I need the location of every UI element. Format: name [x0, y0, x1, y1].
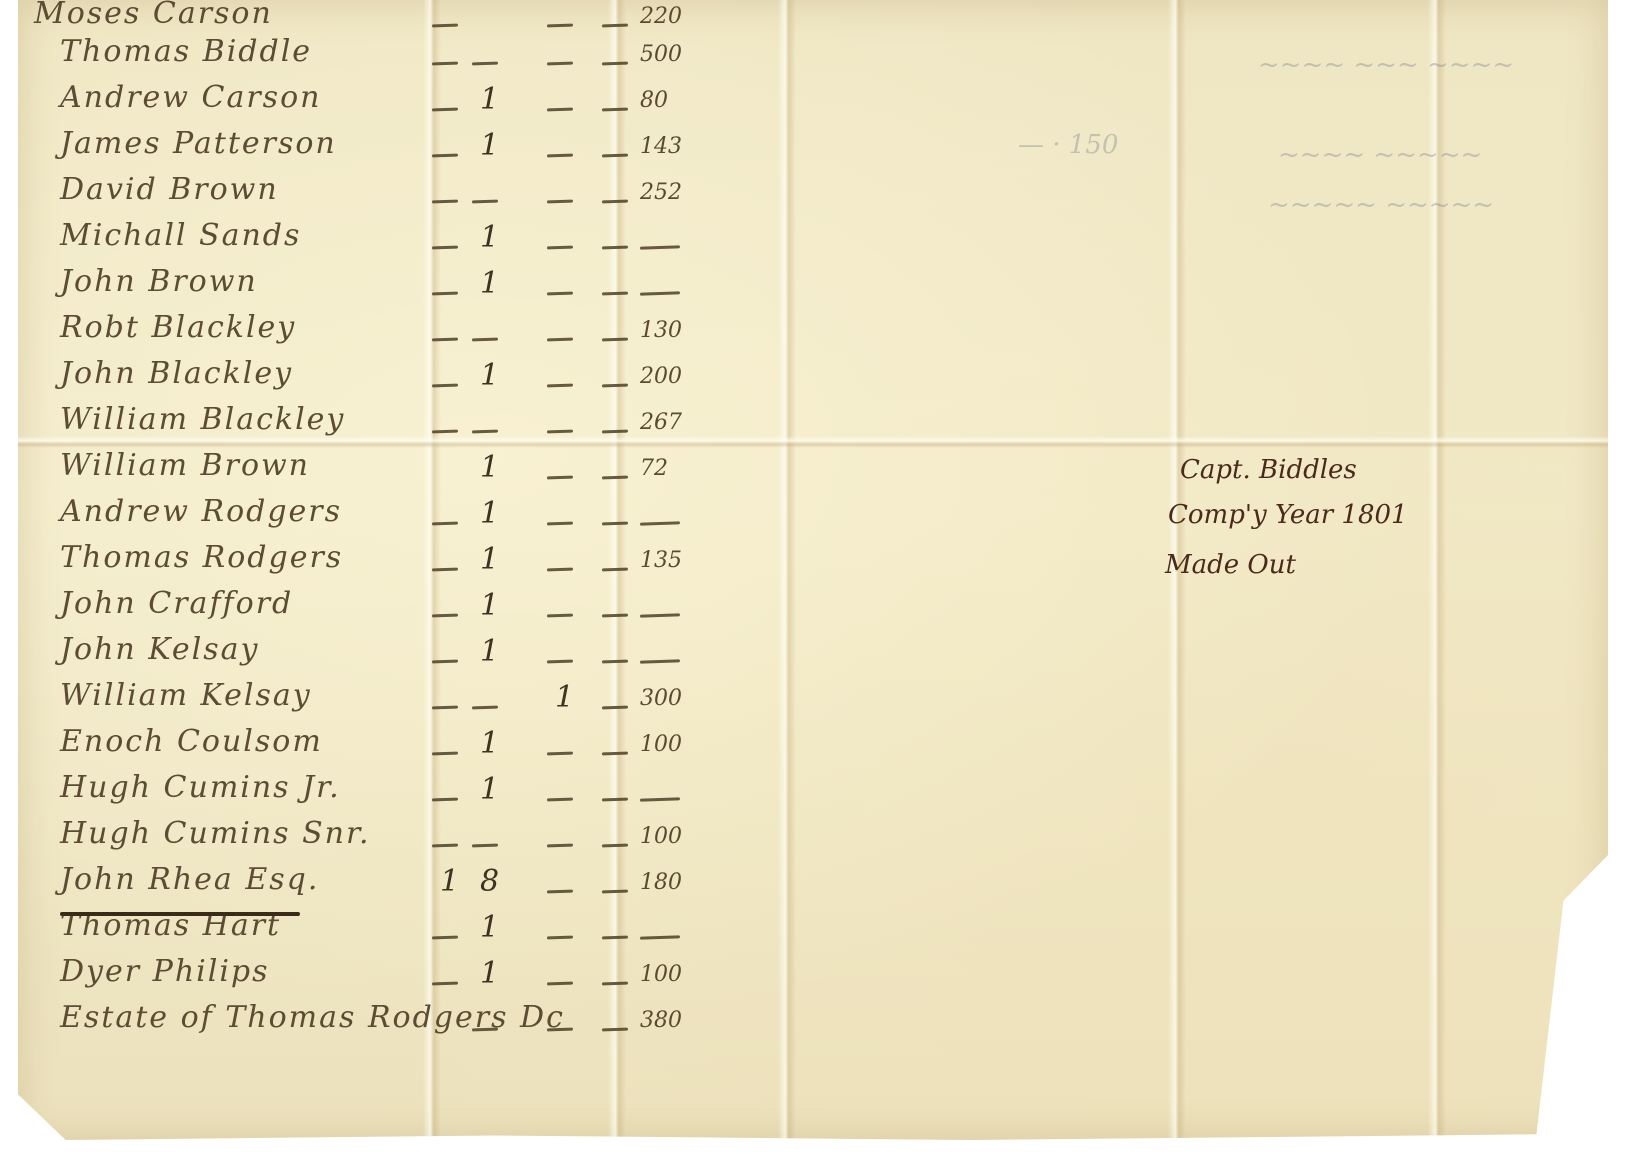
bleed-through-text: ~~~~ ~~~ ~~~~	[1258, 50, 1514, 80]
entry-value: 143	[640, 134, 682, 159]
entry-name: David Brown	[60, 172, 279, 207]
entry-count: 1	[480, 496, 499, 531]
entry-name: James Patterson	[60, 126, 337, 161]
entry-name: William Kelsay	[60, 678, 312, 713]
entry-count: 1	[440, 864, 459, 899]
entry-count: 1	[480, 128, 499, 163]
entry-name: William Blackley	[60, 402, 345, 437]
entry-value: 200	[640, 364, 682, 389]
entry-count: 1	[480, 542, 499, 577]
entry-count: 1	[480, 956, 499, 991]
entry-value: 135	[640, 548, 682, 573]
entry-value: 500	[640, 42, 682, 67]
entry-name: John Crafford	[60, 586, 293, 621]
entry-name: Robt Blackley	[60, 310, 296, 345]
entry-count: 1	[480, 588, 499, 623]
entry-name: Hugh Cumins Jr.	[60, 770, 341, 805]
entry-count: 1	[480, 82, 499, 117]
bleed-through-text: ~~~~ ~~~~~	[1278, 140, 1482, 170]
entry-name: Andrew Carson	[60, 80, 321, 115]
entry-value: 72	[640, 456, 668, 481]
entry-name: Hugh Cumins Snr.	[60, 816, 371, 851]
entry-count: 1	[480, 358, 499, 393]
entry-value: 130	[640, 318, 682, 343]
entry-value: 300	[640, 686, 682, 711]
endorsement-line-2: Comp'y Year 1801	[1168, 500, 1408, 530]
entry-count: 1	[480, 266, 499, 301]
entry-count: 1	[555, 680, 574, 715]
entry-value: 100	[640, 824, 682, 849]
entry-name: Thomas Biddle	[60, 34, 312, 69]
entry-count: 1	[480, 634, 499, 669]
entry-count: 8	[480, 864, 499, 899]
entry-value: 180	[640, 870, 682, 895]
entry-count: 1	[480, 450, 499, 485]
endorsement-line-3: Made Out	[1165, 550, 1296, 580]
entry-value: 80	[640, 88, 668, 113]
endorsement-line-1: Capt. Biddles	[1180, 455, 1357, 485]
entry-name: Thomas Rodgers	[60, 540, 343, 575]
entry-value: 267	[640, 410, 682, 435]
entry-name: John Blackley	[60, 356, 293, 391]
entry-name: Andrew Rodgers	[60, 494, 342, 529]
entry-value: 220	[640, 4, 682, 29]
entry-count: 1	[480, 772, 499, 807]
entry-name: Dyer Philips	[60, 954, 270, 989]
fold-line	[1428, 0, 1446, 1140]
entry-count: 1	[480, 726, 499, 761]
fold-line	[778, 0, 796, 1140]
entry-name: Moses Carson	[34, 0, 273, 31]
entry-name: John Kelsay	[60, 632, 259, 667]
entry-value: 252	[640, 180, 682, 205]
entry-value: 100	[640, 962, 682, 987]
bleed-through-text: — · 150	[1018, 130, 1118, 160]
strikethrough-mark	[60, 912, 300, 916]
entry-name: Michall Sands	[60, 218, 301, 253]
entry-name: John Brown	[60, 264, 258, 299]
entry-count: 1	[480, 220, 499, 255]
bleed-through-text: ~~~~~ ~~~~~	[1268, 190, 1494, 220]
entry-value: 100	[640, 732, 682, 757]
entry-value: 380	[640, 1008, 682, 1033]
entry-count: 1	[480, 910, 499, 945]
fold-line	[18, 436, 1608, 448]
entry-name: Enoch Coulsom	[60, 724, 323, 759]
entry-name: John Rhea Esq.	[60, 862, 319, 897]
entry-name: William Brown	[60, 448, 310, 483]
